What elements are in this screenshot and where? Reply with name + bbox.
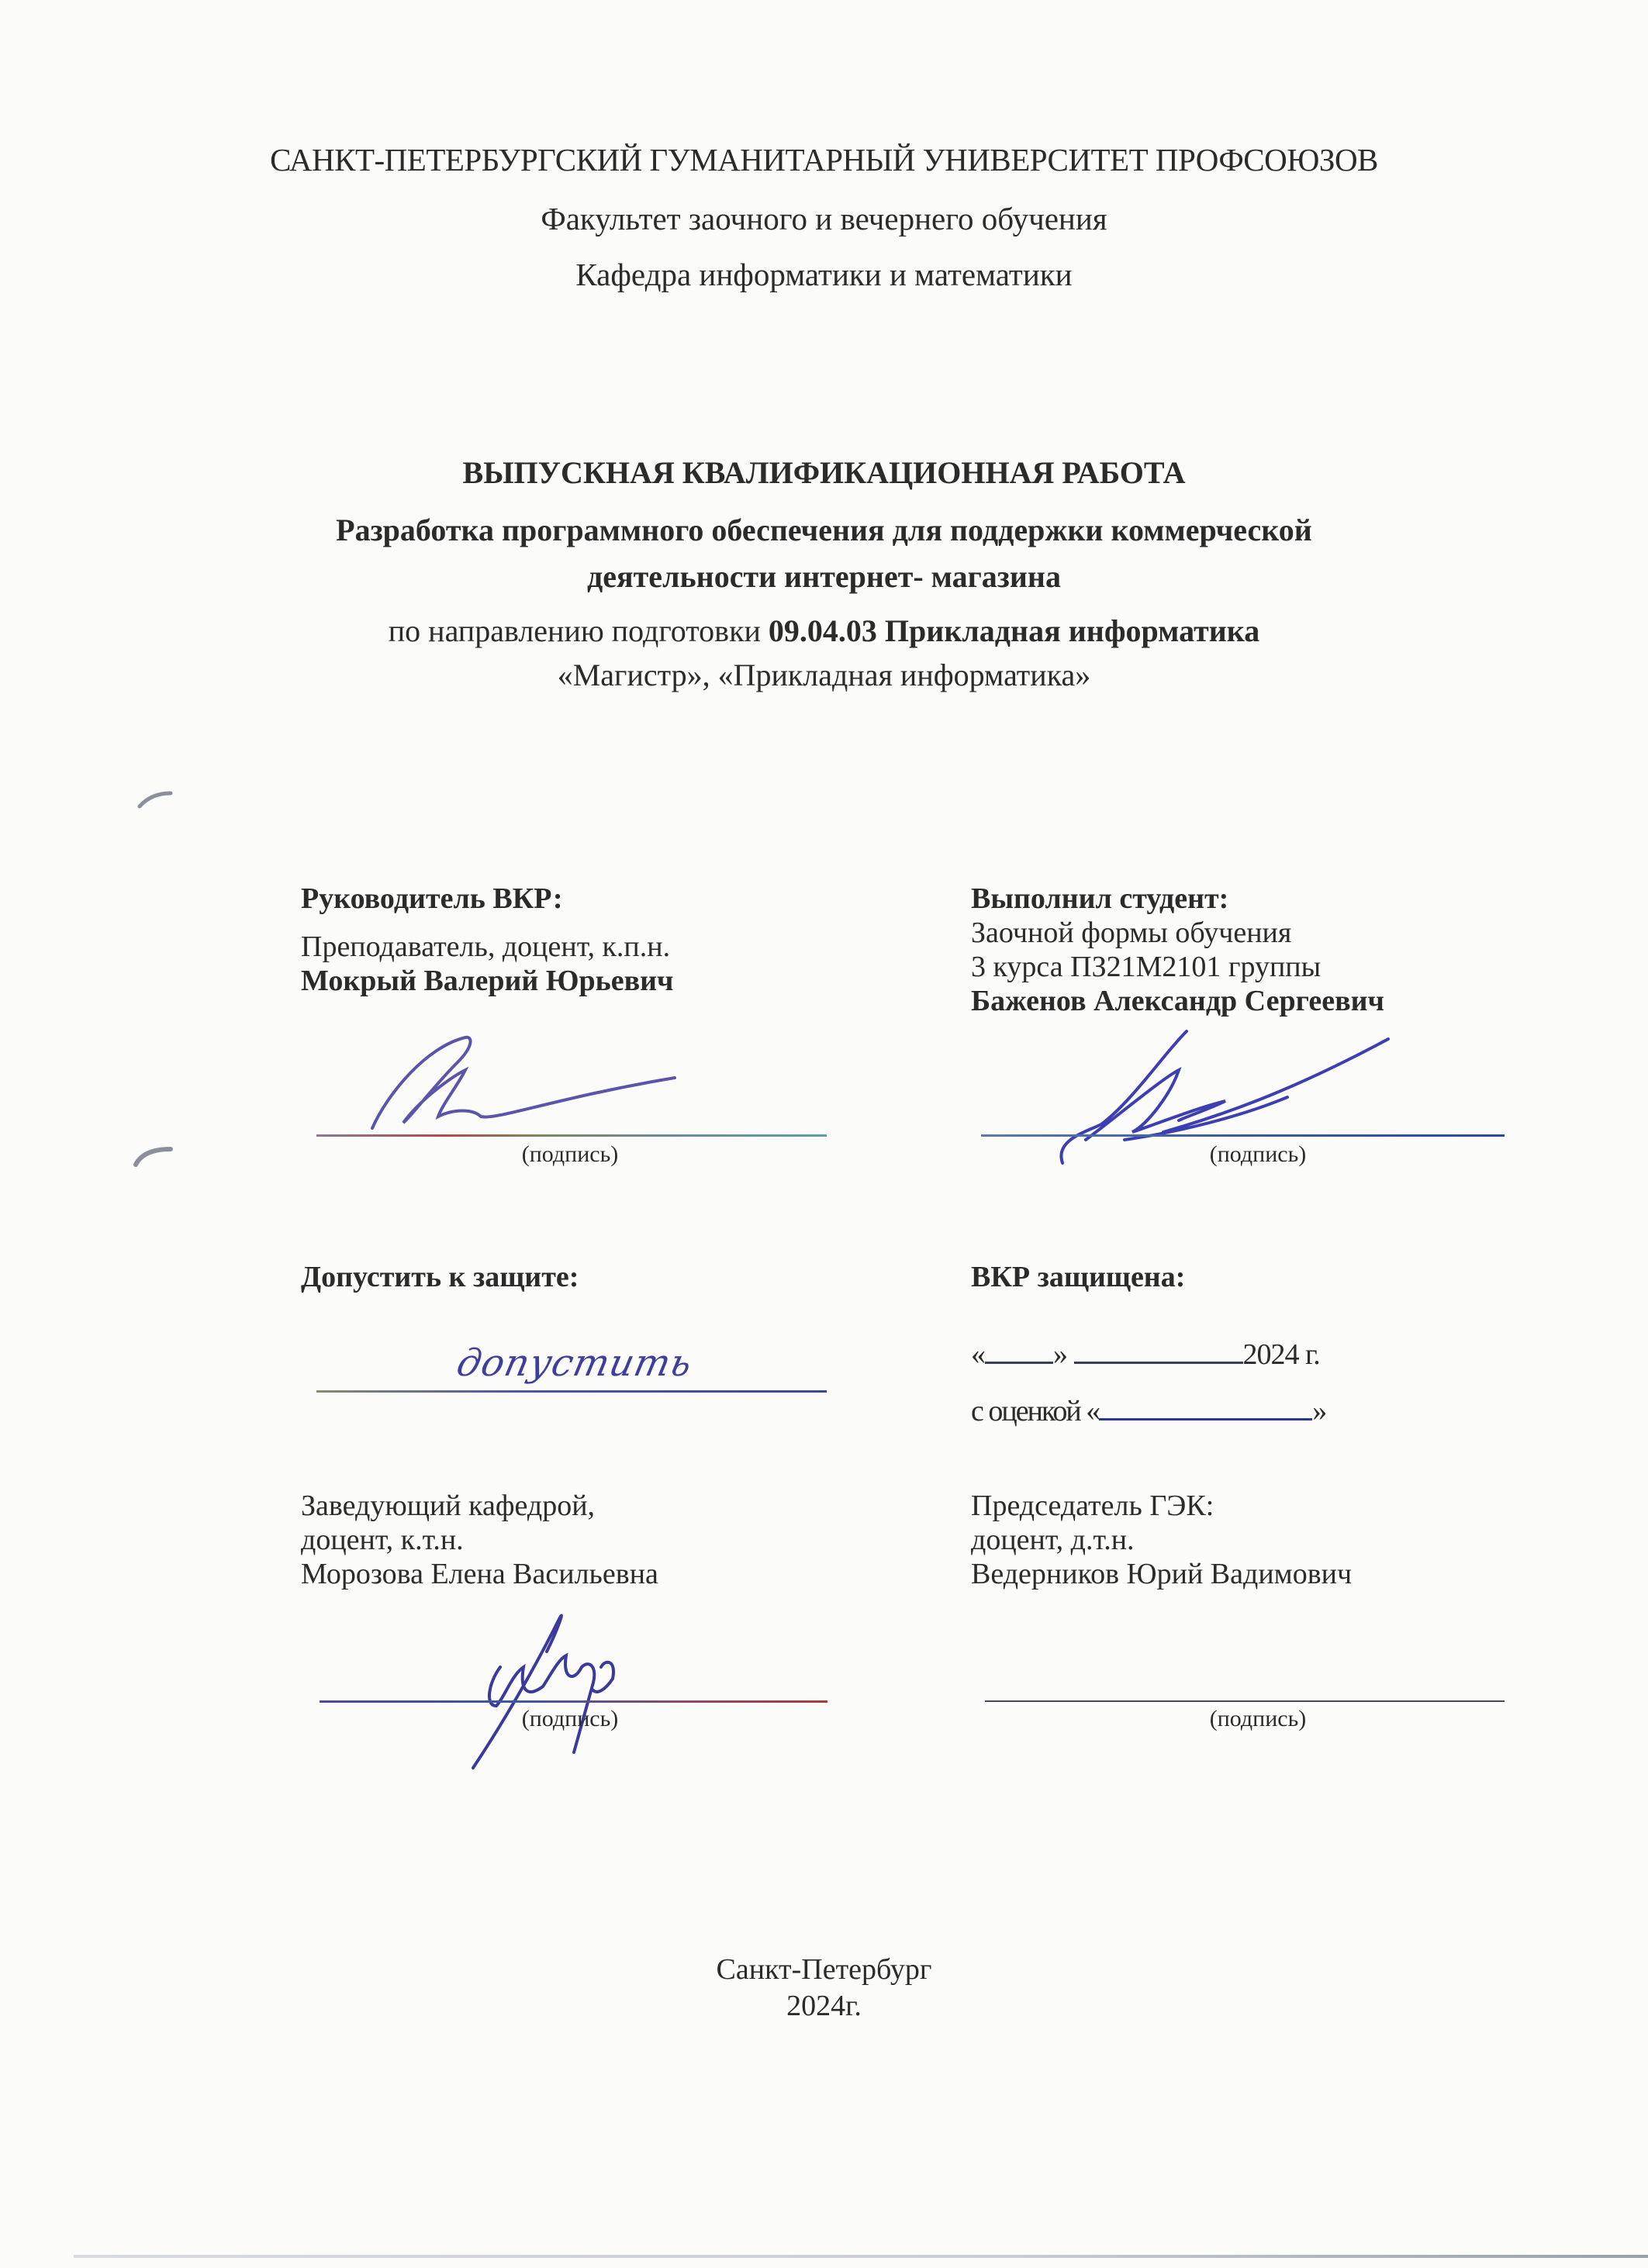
student-signature-line (981, 1134, 1505, 1137)
head-signature-caption: (подпись) (454, 1706, 686, 1732)
gek-signature-caption: (подпись) (1142, 1706, 1374, 1732)
degree-program: «Магистр», «Прикладная информатика» (0, 657, 1648, 693)
binder-mark-icon (136, 787, 182, 810)
defense-block: ВКР защищена: (971, 1260, 1185, 1294)
university-name: САНКТ-ПЕТЕРБУРГСКИЙ ГУМАНИТАРНЫЙ УНИВЕРС… (0, 141, 1648, 178)
gek-signature-line (985, 1700, 1505, 1702)
city: Санкт-Петербург (0, 1952, 1648, 1987)
gek-title: Председатель ГЭК: (971, 1489, 1352, 1523)
supervisor-heading: Руководитель ВКР: (301, 882, 673, 916)
scan-edge-rule (74, 2255, 1648, 2258)
thesis-title-line-1: Разработка программного обеспечения для … (0, 512, 1648, 548)
head-signature-icon (458, 1605, 659, 1783)
student-course-group: 3 курса ПЗ21М2101 группы (971, 950, 1384, 984)
study-direction: по направлению подготовки 09.04.03 Прикл… (0, 613, 1648, 649)
title-page: САНКТ-ПЕТЕРБУРГСКИЙ ГУМАНИТАРНЫЙ УНИВЕРС… (0, 0, 1648, 2268)
admission-signature-line (316, 1390, 827, 1393)
defense-grade-field[interactable] (1099, 1392, 1312, 1421)
student-study-form: Заочной формы обучения (971, 916, 1384, 950)
department-name: Кафедра информатики и математики (0, 256, 1648, 293)
gek-degree: доцент, д.т.н. (971, 1523, 1352, 1557)
head-name: Морозова Елена Васильевна (301, 1557, 658, 1591)
gek-name: Ведерников Юрий Вадимович (971, 1557, 1352, 1591)
defense-heading: ВКР защищена: (971, 1260, 1185, 1294)
defense-date-close-quote: » (1053, 1338, 1067, 1371)
admission-handwritten-note: допустить (453, 1341, 696, 1385)
defense-date-open-quote: « (971, 1338, 985, 1371)
defense-month-field[interactable] (1074, 1335, 1243, 1364)
faculty-name: Факультет заочного и вечернего обучения (0, 200, 1648, 237)
admission-heading: Допустить к защите: (301, 1260, 579, 1294)
supervisor-name: Мокрый Валерий Юрьевич (301, 964, 673, 998)
student-signature-caption: (подпись) (1142, 1141, 1374, 1168)
head-signature-line (320, 1700, 827, 1703)
head-of-department-block: Заведующий кафедрой, доцент, к.т.н. Моро… (301, 1489, 658, 1591)
defense-day-field[interactable] (985, 1335, 1053, 1364)
defense-grade-suffix: » (1312, 1395, 1325, 1427)
defense-date-row: «» 2024 г. (971, 1335, 1320, 1372)
defense-grade-prefix: с оценкой « (971, 1395, 1099, 1427)
head-title: Заведующий кафедрой, (301, 1489, 658, 1523)
direction-prefix: по направлению подготовки (389, 613, 769, 648)
thesis-title-line-2: деятельности интернет- магазина (0, 558, 1648, 595)
defense-year: 2024 г. (1243, 1338, 1320, 1371)
year: 2024г. (0, 1989, 1648, 2023)
admission-block: Допустить к защите: (301, 1260, 579, 1294)
binder-mark-icon (132, 1140, 186, 1171)
student-name: Баженов Александр Сергеевич (971, 984, 1384, 1018)
student-heading: Выполнил студент: (971, 882, 1384, 916)
head-degree: доцент, к.т.н. (301, 1523, 658, 1557)
direction-code-name: 09.04.03 Прикладная информатика (769, 613, 1259, 648)
supervisor-block: Руководитель ВКР: Преподаватель, доцент,… (301, 882, 673, 998)
student-block: Выполнил студент: Заочной формы обучения… (971, 882, 1384, 1018)
supervisor-signature-line (316, 1134, 827, 1137)
defense-grade-row: с оценкой «» (971, 1392, 1325, 1428)
document-type: ВЫПУСКНАЯ КВАЛИФИКАЦИОННАЯ РАБОТА (0, 454, 1648, 491)
supervisor-position: Преподаватель, доцент, к.п.н. (301, 930, 673, 964)
supervisor-signature-icon (357, 1031, 682, 1132)
gek-chairman-block: Председатель ГЭК: доцент, д.т.н. Ведерни… (971, 1489, 1352, 1591)
supervisor-signature-caption: (подпись) (454, 1141, 686, 1168)
